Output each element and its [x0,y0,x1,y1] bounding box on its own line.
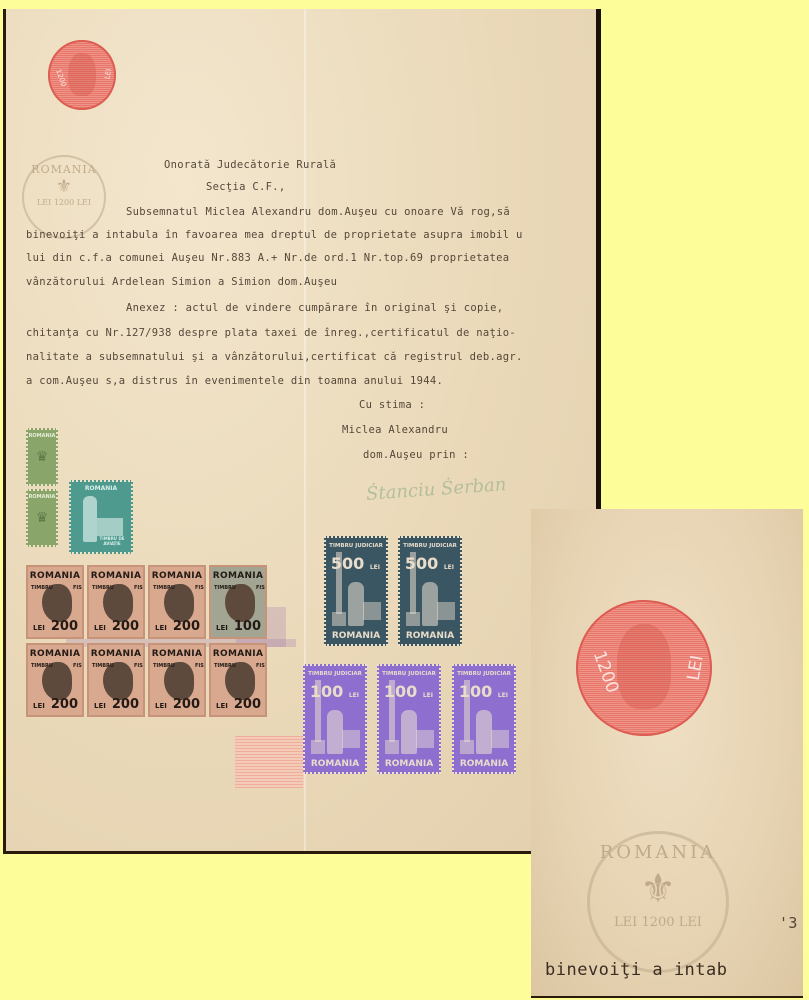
stamp-country: ROMANIA [89,571,143,581]
stamp-side-label: TIMBRU [153,585,159,591]
emboss-unit-right: LEI [77,198,91,207]
judicial-stamp: TIMBRU JUDICIAR500 LEIROMANIA [398,536,462,646]
stamp-country: ROMANIA [28,571,82,581]
stamp-value: 200 [112,619,139,634]
stamp-side-label: FISCAL [256,663,262,669]
embossed-seal: ROMANIA ⚜ LEI 1200 LEI [22,155,106,239]
seal-unit: LEI [683,654,707,682]
justice-figure-icon [348,582,364,626]
stamp-country: ROMANIA [28,494,56,500]
detail-inset: 1200 LEI ROMANIA ⚜ LEI 1200 LEI '3 binev… [531,509,803,998]
fiscal-stamp: ROMANIATIMBRUFISCALLEI200 [87,643,145,717]
stamp-country: ROMANIA [211,649,265,659]
coat-of-arms-icon [406,612,420,626]
fiscal-stamp: ROMANIATIMBRUFISCALLEI100 [209,565,267,639]
stamp-side-label: TIMBRU [92,663,98,669]
annex-line: nalitate a subsemnatului şi a vânzătorul… [26,351,523,363]
building-icon [363,602,381,620]
building-icon [342,730,360,748]
green-stamp: ROMANIA ♛ [26,428,58,486]
stamp-country: ROMANIA [71,485,131,492]
stamp-country: ROMANIA [89,649,143,659]
stamp-side-label: FISCAL [134,663,140,669]
stamp-currency: LEI [33,702,45,710]
stamp-currency: LEI [216,624,228,632]
fiscal-stamp: ROMANIATIMBRUFISCALLEI200 [209,643,267,717]
fiscal-stamp: ROMANIATIMBRUFISCALLEI200 [148,565,206,639]
building-icon [491,730,509,748]
judicial-stamp: TIMBRU JUDICIAR100 LEIROMANIA [303,664,367,774]
coat-of-arms-icon [332,612,346,626]
seal-value: 1200 [54,68,68,87]
stamp-side-label: TIMBRU [31,663,37,669]
coat-of-arms-icon [311,740,325,754]
emboss-country: ROMANIA [24,163,104,176]
stamp-value: 200 [173,619,200,634]
judicial-stamp: TIMBRU JUDICIAR500 LEIROMANIA [324,536,388,646]
stamp-title: TIMBRU JUDICIAR [379,671,439,677]
stamp-country: ROMANIA [150,571,204,581]
stamp-currency: LEI [423,692,433,699]
stamp-side-label: TIMBRU [92,585,98,591]
stamp-country: ROMANIA [211,571,265,581]
green-stamp: ROMANIA ♛ [26,489,58,547]
body-line: binevoiţi a intabula în favoarea mea dre… [26,229,523,241]
embossed-seal-detail: ROMANIA ⚜ LEI 1200 LEI [587,831,729,973]
judicial-stamp: TIMBRU JUDICIAR100 LEIROMANIA [452,664,516,774]
stamp-side-label: FISCAL [134,585,140,591]
stamp-currency: LEI [155,702,167,710]
stamp-side-label: FISCAL [73,585,79,591]
red-duty-seal: 1200 LEI [48,40,116,110]
stamp-country: ROMANIA [150,649,204,659]
emboss-unit-right: LEI [679,915,702,930]
emboss-value: 1200 [54,198,74,207]
stamp-country: ROMANIA [305,759,365,769]
closing: Cu stima : [359,399,425,411]
stamp-side-label: FISCAL [73,663,79,669]
fiscal-stamp: ROMANIATIMBRUFISCALLEI200 [26,643,84,717]
stamp-currency: LEI [94,702,106,710]
coat-of-arms-icon [460,740,474,754]
emboss-unit-left: LEI [37,198,51,207]
stamp-country: ROMANIA [28,649,82,659]
justice-figure-icon [422,582,438,626]
stamp-value: 500 [331,554,364,573]
signer-name: Miclea Alexandru [342,424,448,436]
typed-fragment: binevoiţi a intab [545,960,728,980]
body-line: Subsemnatul Miclea Alexandru dom.Auşeu c… [126,206,510,218]
signer-domicile: dom.Auşeu prin : [363,449,469,461]
emboss-unit-left: LEI [614,915,637,930]
red-revenue-block [235,736,303,788]
stamp-title: TIMBRU JUDICIAR [305,671,365,677]
stamp-country: ROMANIA [326,631,386,641]
stamp-currency: LEI [498,692,508,699]
fiscal-stamp: ROMANIATIMBRUFISCALLEI200 [148,643,206,717]
justice-figure-icon [401,710,417,754]
annex-line: chitanţa cu Nr.127/938 despre plata taxe… [26,327,516,339]
stamp-value: 200 [51,619,78,634]
stamp-currency: LEI [444,564,454,571]
stamp-title: TIMBRU JUDICIAR [326,543,386,549]
judicial-stamp: TIMBRU JUDICIAR100 LEIROMANIA [377,664,441,774]
fiscal-stamp: ROMANIATIMBRUFISCALLEI200 [26,565,84,639]
stamp-currency: LEI [370,564,380,571]
stamp-country: ROMANIA [454,759,514,769]
coat-of-arms-icon [385,740,399,754]
body-line: vânzătorului Ardelean Simion a Simion do… [26,276,337,288]
coat-of-arms-icon: ⚜ [24,176,104,198]
seal-unit: LEI [103,68,113,80]
addressee: Onorată Judecătorie Rurală [164,159,336,171]
stamp-value: 200 [51,697,78,712]
stamp-value: 100 [310,682,343,701]
handwritten-signature: Ṡtanciu Ṡerban [365,474,507,505]
building-icon [97,518,123,536]
stamp-currency: LEI [33,624,45,632]
red-duty-seal-detail: 1200 LEI [576,600,712,736]
coat-of-arms-icon: ⚜ [590,863,726,915]
stamp-value: 500 [405,554,438,573]
section: Secţia C.F., [206,181,285,193]
stamp-side-label: TIMBRU [31,585,37,591]
fiscal-stamp: ROMANIATIMBRUFISCALLEI200 [87,565,145,639]
stamp-value: 200 [173,697,200,712]
stamp-side-label: TIMBRU [153,663,159,669]
aviation-stamp: ROMANIA TIMBRU DE AVIAȚIE [69,480,133,554]
stamp-country: ROMANIA [400,631,460,641]
stamp-title: TIMBRU JUDICIAR [454,671,514,677]
stamp-side-label: FISCAL [195,663,201,669]
stamp-side-label: FISCAL [256,585,262,591]
building-icon [437,602,455,620]
stamp-currency: LEI [94,624,106,632]
eagle-icon: ♛ [28,449,56,465]
annex-line: a com.Auşeu s,a distrus în evenimentele … [26,375,443,387]
annex-line: Anexez : actul de vindere cumpărare în o… [126,302,503,314]
margin-fragment: '3 [779,914,798,932]
eagle-icon: ♛ [28,510,56,526]
stamp-label: TIMBRU DE AVIAȚIE [93,536,131,546]
portrait-icon [68,53,95,96]
emboss-value: 1200 [641,915,674,930]
emboss-country: ROMANIA [590,842,726,863]
stamp-side-label: TIMBRU [214,585,220,591]
body-line: lui din c.f.a comunei Auşeu Nr.883 A.+ N… [26,252,509,264]
stamp-value: 100 [234,619,261,634]
document-page: 1200 LEI ROMANIA ⚜ LEI 1200 LEI Onorată … [3,9,601,854]
justice-figure-icon [476,710,492,754]
stamp-value: 200 [112,697,139,712]
stamp-country: ROMANIA [379,759,439,769]
stamp-value: 100 [459,682,492,701]
stamp-value: 100 [384,682,417,701]
stamp-currency: LEI [216,702,228,710]
stamp-side-label: TIMBRU [214,663,220,669]
stamp-currency: LEI [155,624,167,632]
stamp-currency: LEI [349,692,359,699]
building-icon [416,730,434,748]
portrait-icon [617,624,671,708]
stamp-title: TIMBRU JUDICIAR [400,543,460,549]
stamp-side-label: FISCAL [195,585,201,591]
stamp-country: ROMANIA [28,433,56,439]
justice-figure-icon [327,710,343,754]
stamp-value: 200 [234,697,261,712]
